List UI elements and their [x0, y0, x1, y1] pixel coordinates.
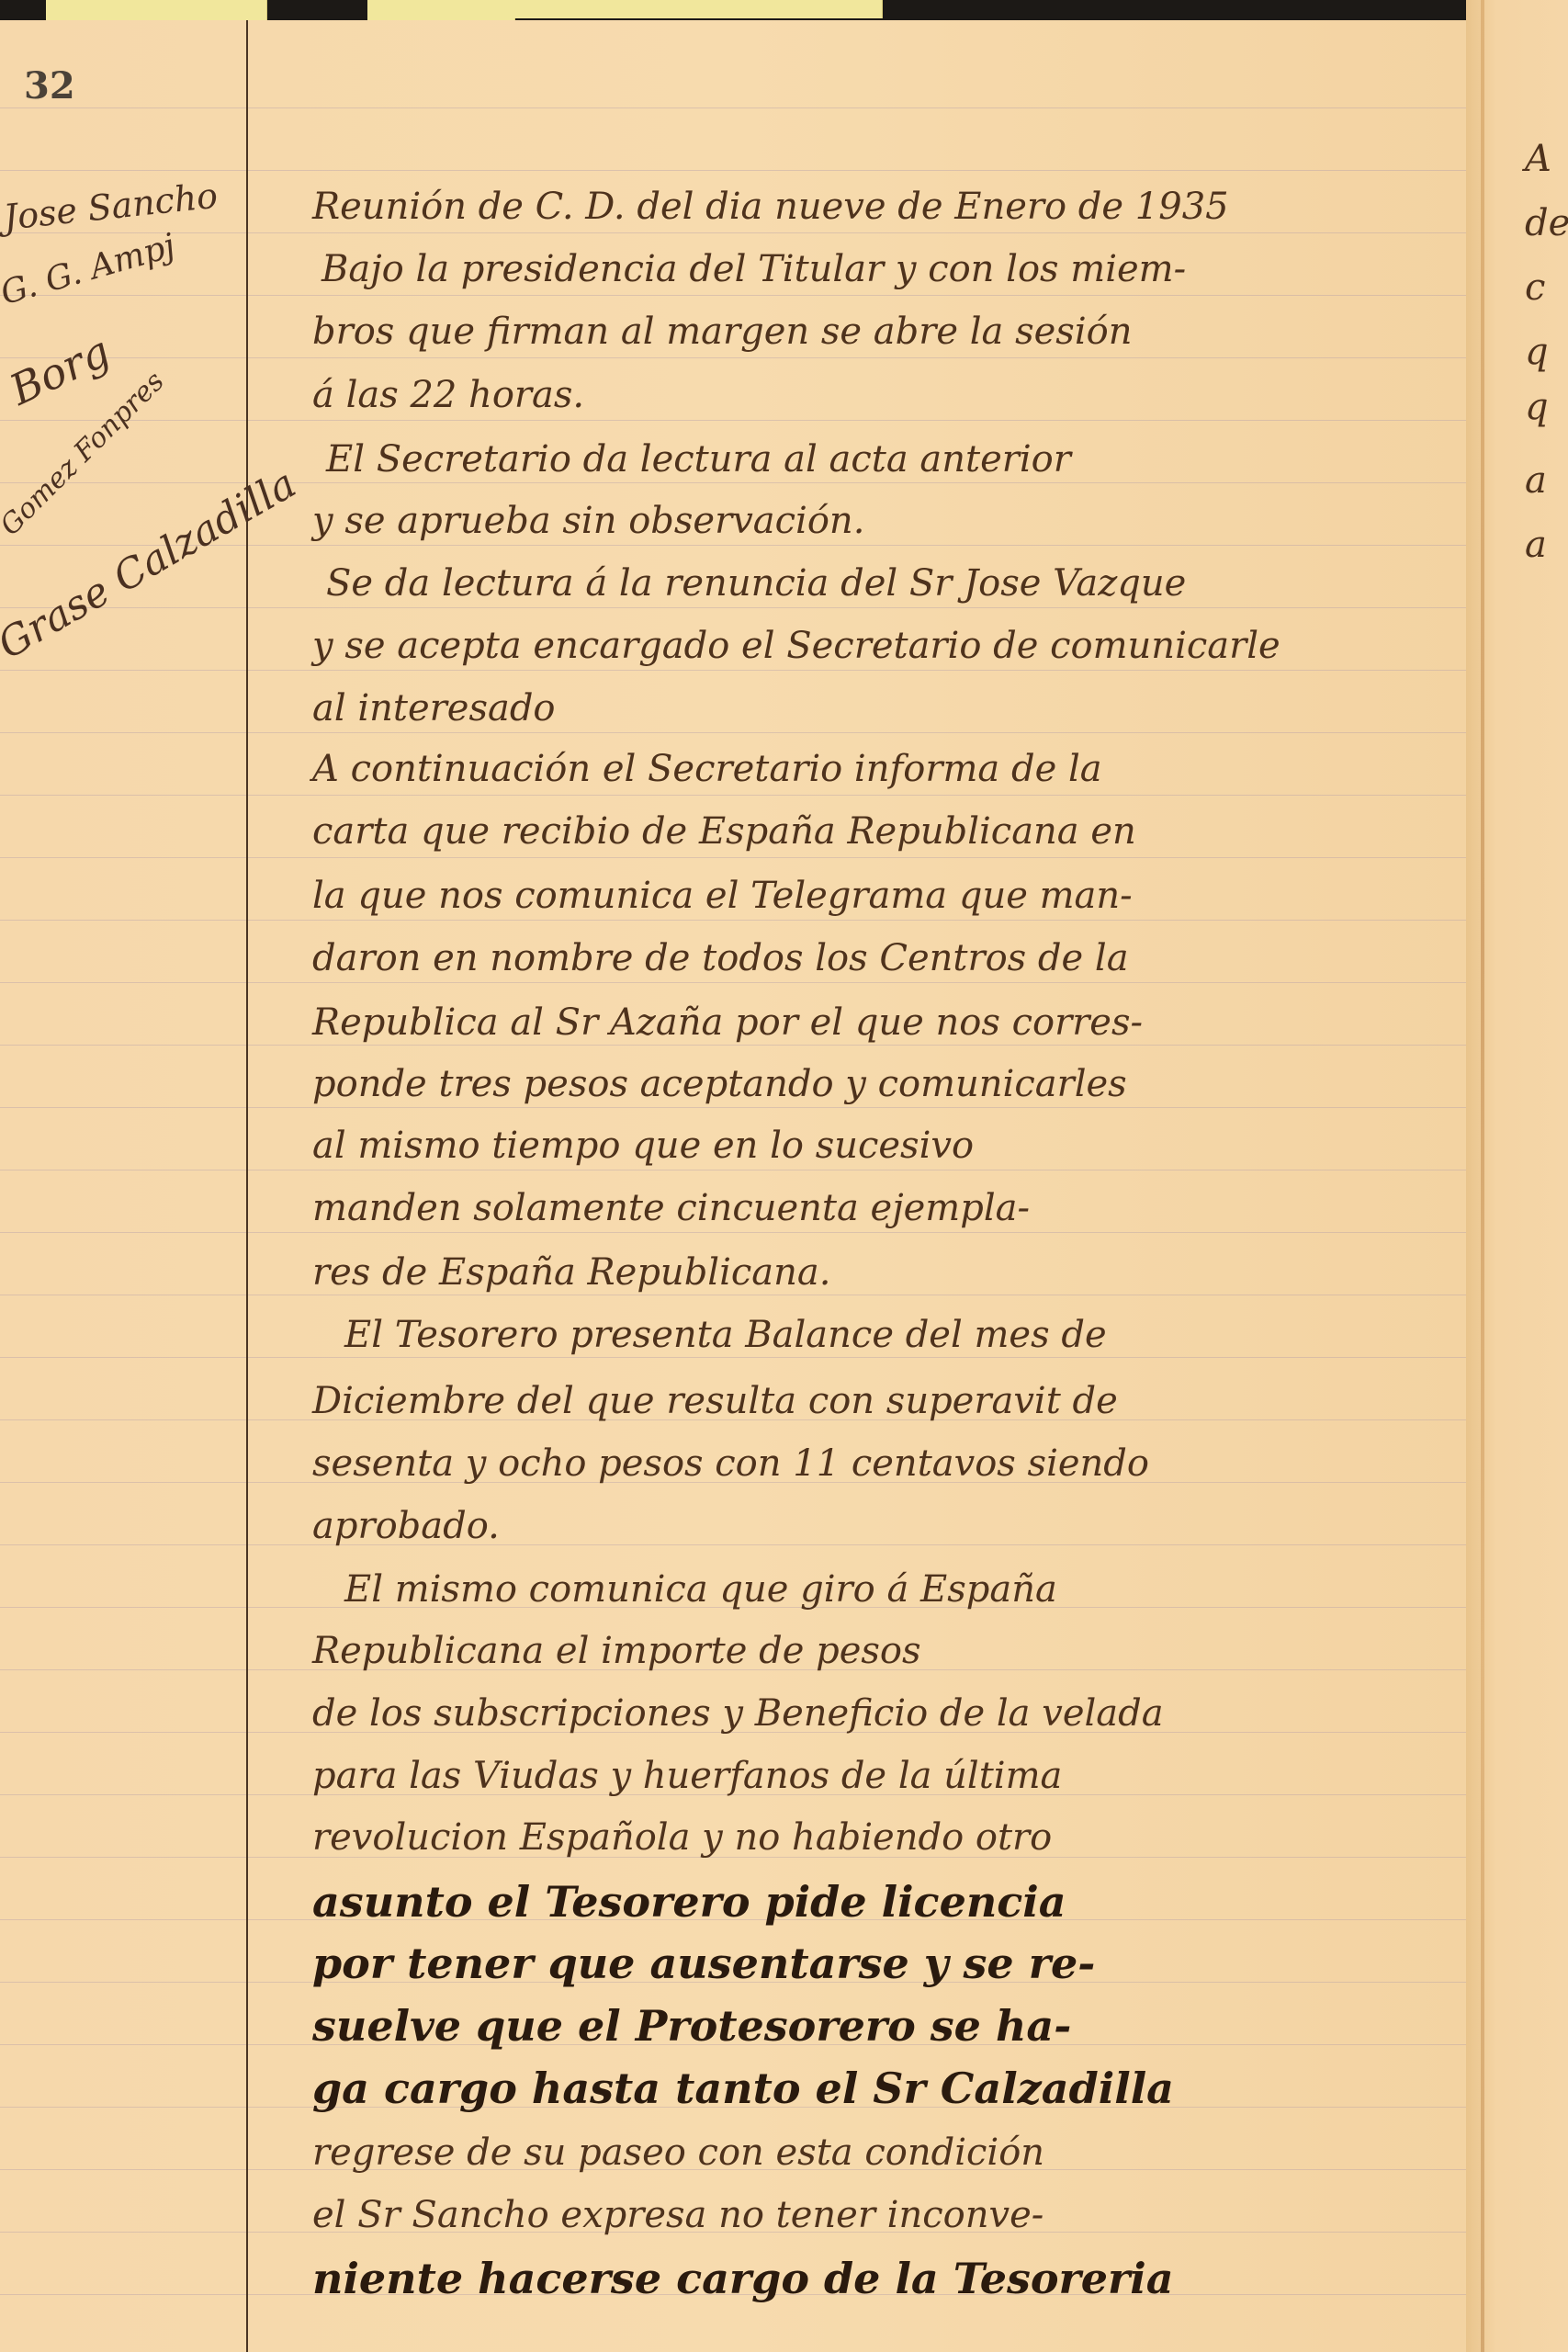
- facing-fragment: q: [1525, 386, 1549, 428]
- minutes-line: El Tesorero presenta Balance del mes de: [344, 1303, 1107, 1367]
- facing-fragment: a: [1525, 459, 1547, 502]
- page-crease: [1481, 0, 1484, 2352]
- ruled-line: [0, 107, 1470, 108]
- minutes-line: revolucion Española y no habiendo otro: [312, 1805, 1052, 1870]
- minutes-line: á las 22 horas.: [312, 363, 584, 427]
- minutes-line: al mismo tiempo que en lo sucesivo: [312, 1114, 974, 1178]
- facing-fragment: a: [1525, 524, 1547, 566]
- minutes-line: asunto el Tesorero pide licencia: [312, 1870, 1066, 1934]
- minutes-line: suelve que el Protesorero se ha-: [312, 1994, 1071, 2058]
- minutes-line: ga cargo hasta tanto el Sr Calzadilla: [312, 2056, 1174, 2120]
- minutes-line: de los subscripciones y Beneficio de la …: [312, 1681, 1164, 1746]
- minutes-line: sesenta y ocho pesos con 11 centavos sie…: [312, 1431, 1149, 1496]
- minutes-line: Bajo la presidencia del Titular y con lo…: [321, 237, 1186, 301]
- ruled-line: [0, 1544, 1470, 1545]
- minutes-line: ponde tres pesos aceptando y comunicarle…: [312, 1052, 1127, 1116]
- minutes-line: por tener que ausentarse y se re-: [312, 1931, 1095, 1996]
- minutes-line: carta que recibio de España Republicana …: [312, 799, 1136, 864]
- minutes-line: y se acepta encargado el Secretario de c…: [312, 614, 1280, 678]
- sticky-note: [514, 0, 883, 18]
- minutes-line: Republicana el importe de pesos: [312, 1619, 921, 1683]
- minutes-line: y se aprueba sin observación.: [312, 489, 864, 553]
- facing-fragment: q: [1525, 331, 1549, 373]
- minutes-line: el Sr Sancho expresa no tener inconve-: [312, 2183, 1043, 2247]
- minutes-line: bros que firman al margen se abre la ses…: [312, 300, 1132, 364]
- minutes-line: regrese de su paseo con esta condición: [312, 2120, 1044, 2185]
- minutes-line: daron en nombre de todos los Centros de …: [312, 926, 1129, 990]
- facing-fragment: de: [1525, 202, 1568, 244]
- minutes-line: A continuación el Secretario informa de …: [312, 737, 1102, 801]
- minutes-line: aprobado.: [312, 1494, 500, 1558]
- minutes-line: niente hacerse cargo de la Tesoreria: [312, 2246, 1174, 2311]
- minutes-line: Reunión de C. D. del dia nueve de Enero …: [312, 175, 1229, 239]
- minutes-line: Se da lectura á la renuncia del Sr Jose …: [326, 551, 1186, 616]
- minutes-line: El mismo comunica que giro á España: [344, 1557, 1057, 1622]
- sticky-note: [156, 0, 267, 20]
- minutes-line: al interesado: [312, 676, 556, 741]
- ruled-line: [0, 170, 1470, 171]
- page-number: 32: [24, 64, 75, 107]
- minutes-line: manden solamente cincuenta ejempla-: [312, 1176, 1030, 1240]
- minutes-line: Republica al Sr Azaña por el que nos cor…: [312, 990, 1143, 1055]
- facing-fragment: A: [1525, 138, 1551, 180]
- minutes-line: para las Viudas y huerfanos de la última: [312, 1744, 1062, 1808]
- minutes-line: la que nos comunica el Telegrama que man…: [312, 864, 1133, 928]
- facing-fragment: c: [1525, 266, 1545, 309]
- margin-rule: [246, 20, 248, 2352]
- ruled-line: [0, 732, 1470, 733]
- minutes-line: res de España Republicana.: [312, 1240, 830, 1305]
- minutes-line: El Secretario da lectura al acta anterio…: [326, 427, 1071, 492]
- ruled-line: [0, 420, 1470, 421]
- minutes-line: Diciembre del que resulta con superavit …: [312, 1369, 1118, 1433]
